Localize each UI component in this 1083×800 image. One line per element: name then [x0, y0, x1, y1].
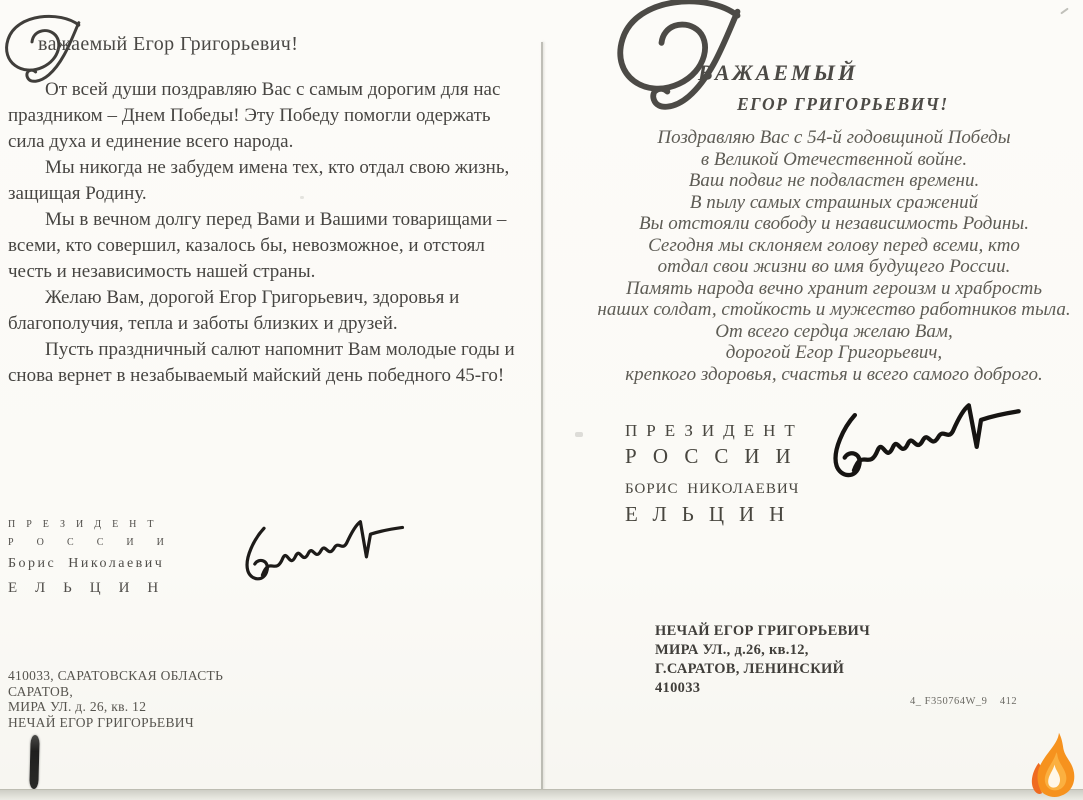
left-paragraph: Пусть праздничный салют напомнит Вам мол…	[8, 337, 528, 389]
scan-speck	[300, 196, 304, 199]
right-recipient-address: НЕЧАЙ ЕГОР ГРИГОРЬЕВИЧ МИРА УЛ., д.26, к…	[655, 622, 870, 698]
verse-line: Вы отстояли свободу и независимость Роди…	[585, 213, 1083, 235]
left-paragraph: Мы никогда не забудем имена тех, кто отд…	[8, 155, 528, 207]
signer-title: ПРЕЗИДЕНТ	[625, 421, 807, 441]
staple-mark	[29, 735, 39, 789]
left-paragraph: Желаю Вам, дорогой Егор Григорьевич, здо…	[8, 285, 528, 337]
verse-line: крепкого здоровья, счастья и всего самог…	[585, 364, 1083, 386]
verse-line: наших солдат, стойкость и мужество работ…	[585, 299, 1083, 321]
address-line: НЕЧАЙ ЕГОР ГРИГОРЬЕВИЧ	[8, 715, 223, 731]
right-salutation-line2: ЕГОР ГРИГОРЬЕВИЧ!	[737, 94, 949, 115]
verse-line: В пылу самых страшных сражений	[585, 192, 1083, 214]
flame-logo-icon	[1022, 731, 1080, 800]
signer-surname: ЕЛЬЦИН	[8, 580, 187, 597]
address-line: МИРА УЛ. д. 26, кв. 12	[8, 699, 223, 715]
address-line: 410033, САРАТОВСКАЯ ОБЛАСТЬ	[8, 668, 223, 684]
left-salutation: важаемый Егор Григорьевич!	[38, 33, 298, 56]
signer-title: РОССИИ	[8, 537, 187, 548]
verse-line: Сегодня мы склоняем голову перед всеми, …	[585, 235, 1083, 257]
page-fold-line	[541, 42, 543, 790]
address-line: Г.САРАТОВ, ЛЕНИНСКИЙ	[655, 660, 870, 679]
address-line: 410033	[655, 679, 870, 698]
right-salutation-line1: ВАЖАЕМЫЙ	[698, 60, 858, 86]
verse-line: Поздравляю Вас с 54-й годовщиной Победы	[585, 127, 1083, 149]
left-signer-block: ПРЕЗИДЕНТ РОССИИ Борис Николаевич ЕЛЬЦИН	[8, 519, 187, 597]
signer-name: Борис Николаевич	[8, 556, 187, 572]
signer-title: ПРЕЗИДЕНТ	[8, 519, 187, 530]
left-paragraph: От всей души поздравляю Вас с самым доро…	[8, 77, 528, 155]
left-letter-body: От всей души поздравляю Вас с самым доро…	[8, 77, 528, 389]
verse-line: От всего сердца желаю Вам,	[585, 321, 1083, 343]
yeltsin-signature-icon	[225, 512, 419, 593]
signer-title: РОССИИ	[625, 444, 807, 469]
left-paragraph: Мы в вечном долгу перед Вами и Вашими то…	[8, 207, 528, 285]
scan-speck	[1060, 8, 1069, 15]
verse-line: в Великой Отечественной войне.	[585, 149, 1083, 171]
address-line: НЕЧАЙ ЕГОР ГРИГОРЬЕВИЧ	[655, 622, 870, 641]
yeltsin-signature-icon	[822, 393, 1026, 491]
verse-line: Память народа вечно хранит героизм и хра…	[585, 278, 1083, 300]
scan-edge-strip	[0, 789, 1083, 800]
signer-surname: ЕЛЬЦИН	[625, 502, 807, 527]
signer-name: БОРИС НИКОЛАЕВИЧ	[625, 481, 807, 498]
verse-line: Ваш подвиг не подвластен времени.	[585, 170, 1083, 192]
right-greeting-verse: Поздравляю Вас с 54-й годовщиной Победы …	[585, 127, 1083, 385]
scan-speck	[575, 432, 583, 437]
left-recipient-address: 410033, САРАТОВСКАЯ ОБЛАСТЬ САРАТОВ, МИР…	[8, 668, 223, 730]
right-signer-block: ПРЕЗИДЕНТ РОССИИ БОРИС НИКОЛАЕВИЧ ЕЛЬЦИН	[625, 421, 807, 527]
address-line: МИРА УЛ., д.26, кв.12,	[655, 641, 870, 660]
print-code: 4_ F350764W_9 412	[910, 696, 1017, 707]
verse-line: отдал свои жизни во имя будущего России.	[585, 256, 1083, 278]
script-initial-icon	[612, 0, 750, 112]
address-line: САРАТОВ,	[8, 684, 223, 700]
scanned-letter-spread: важаемый Егор Григорьевич! От всей души …	[0, 0, 1083, 800]
verse-line: дорогой Егор Григорьевич,	[585, 342, 1083, 364]
